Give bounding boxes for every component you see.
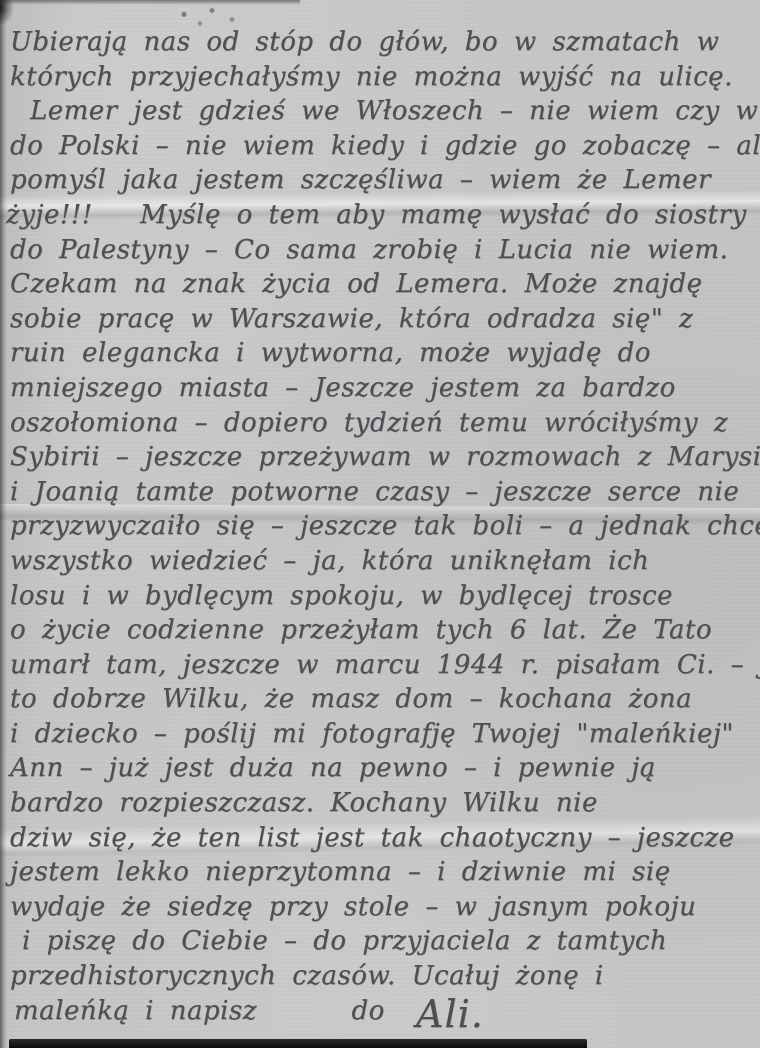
letter-line: Sybirii – jeszcze przeżywam w rozmowach … xyxy=(0,440,760,475)
letter-line: jestem lekko nieprzytomna – i dziwnie mi… xyxy=(0,855,760,890)
letter-line: i dziecko – poślij mi fotografję Twojej … xyxy=(0,717,760,752)
letter-line: których przyjechałyśmy nie można wyjść n… xyxy=(0,60,760,95)
letter-line: pomyśl jaka jestem szczęśliwa – wiem że … xyxy=(0,163,760,198)
letter-line: ruin elegancka i wytworna, może wyjadę d… xyxy=(0,336,760,371)
letter-line: Lemer jest gdzieś we Włoszech – nie wiem… xyxy=(0,94,760,129)
scan-edge-bar-bottom xyxy=(9,1039,587,1048)
letter-line: umarł tam, jeszcze w marcu 1944 r. pisał… xyxy=(0,648,760,683)
letter-line: do Polski – nie wiem kiedy i gdzie go zo… xyxy=(0,129,760,164)
scanned-letter-page: Ubierają nas od stóp do głów, bo w szmat… xyxy=(0,0,760,1048)
letter-line: i piszę do Ciebie – do przyjaciela z tam… xyxy=(0,924,760,959)
letter-line: wydaje że siedzę przy stole – w jasnym p… xyxy=(0,890,760,925)
letter-line: mniejszego miasta – Jeszcze jestem za ba… xyxy=(0,371,760,406)
letter-line: to dobrze Wilku, że masz dom – kochana ż… xyxy=(0,682,760,717)
letter-line: przyzwyczaiło się – jeszcze tak boli – a… xyxy=(0,509,760,544)
letter-line: i Joanią tamte potworne czasy – jeszcze … xyxy=(0,475,760,510)
letter-line: sobie pracę w Warszawie, która odradza s… xyxy=(0,302,760,337)
letter-line: dziw się, że ten list jest tak chaotyczn… xyxy=(0,821,760,856)
letter-line: oszołomiona – dopiero tydzień temu wróci… xyxy=(0,406,760,441)
letter-line: do Palestyny – Co sama zrobię i Lucia ni… xyxy=(0,233,760,268)
letter-line: o życie codzienne przeżyłam tych 6 lat. … xyxy=(0,613,760,648)
letter-line: wszystko wiedzieć – ja, która uniknęłam … xyxy=(0,544,760,579)
letter-line: Czekam na znak życia od Lemera. Może zna… xyxy=(0,267,760,302)
letter-body: Ubierają nas od stóp do głów, bo w szmat… xyxy=(0,0,760,1048)
letter-line: żyje!!! Myślę o tem aby mamę wysłać do s… xyxy=(0,198,760,233)
letter-line: Ubierają nas od stóp do głów, bo w szmat… xyxy=(0,25,760,60)
letter-line: Ann – już jest duża na pewno – i pewnie … xyxy=(0,751,760,786)
signature: Ali. xyxy=(416,992,484,1036)
letter-line: maleńką i napisz do xyxy=(0,994,760,1029)
letter-line: losu i w bydlęcym spokoju, w bydlęcej tr… xyxy=(0,579,760,614)
letter-line: przedhistorycznych czasów. Ucałuj żonę i xyxy=(0,959,760,994)
letter-line: bardzo rozpieszczasz. Kochany Wilku nie xyxy=(0,786,760,821)
